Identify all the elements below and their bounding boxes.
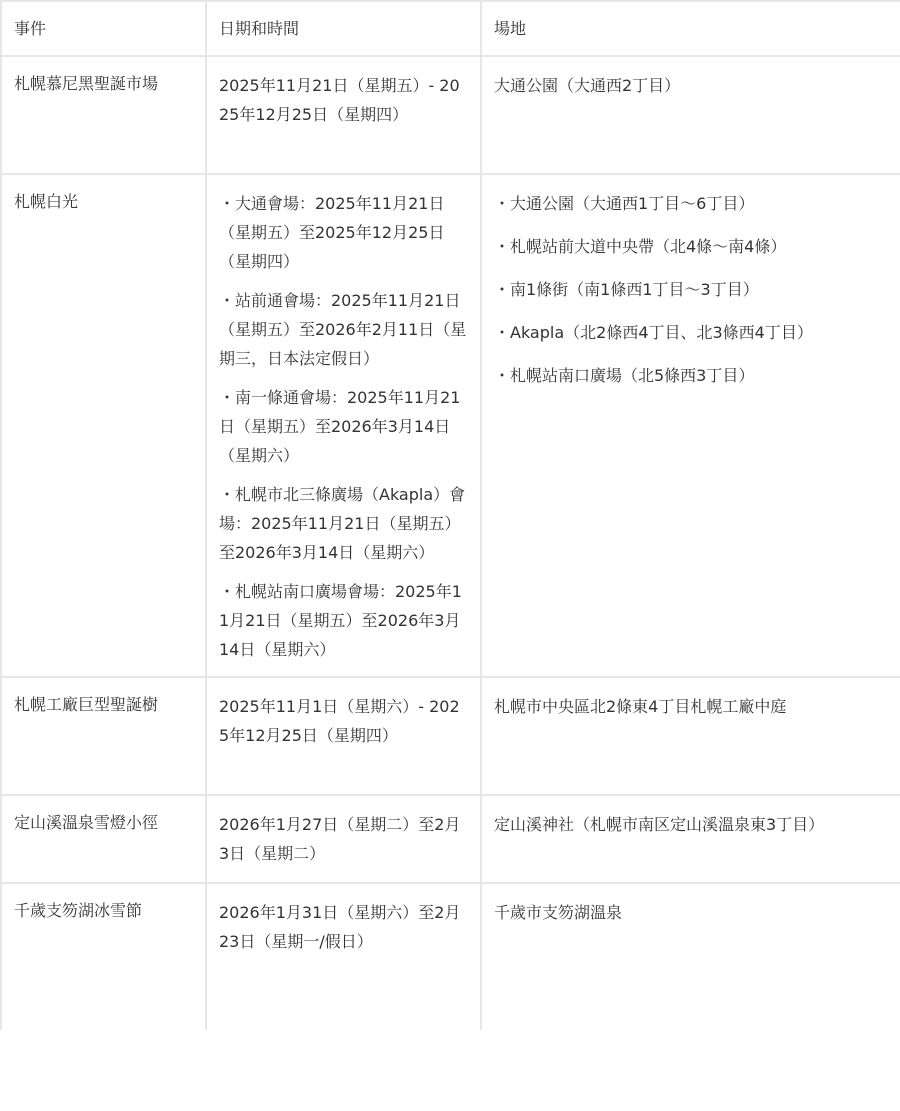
- event-name: 札幌工廠巨型聖誕樹: [1, 677, 206, 795]
- bullet-icon: ・: [494, 361, 510, 390]
- datetime-item: ・站前通會場：2025年11月21日（星期五）至2026年2月11日（星期三，日…: [219, 286, 468, 373]
- event-venue: 定山溪神社（札幌市南区定山溪溫泉東3丁目）: [481, 795, 900, 883]
- event-venue: 千歲市支笏湖溫泉: [481, 883, 900, 1030]
- bullet-icon: ・: [219, 577, 235, 606]
- event-venue: 大通公園（大通西2丁目）: [481, 56, 900, 174]
- datetime-text: 2025年11月1日（星期六）- 2025年12月25日（星期四）: [219, 692, 468, 750]
- table-row: 札幌工廠巨型聖誕樹 2025年11月1日（星期六）- 2025年12月25日（星…: [1, 677, 900, 795]
- table-row: 札幌慕尼黑聖誕市場 2025年11月21日（星期五）- 2025年12月25日（…: [1, 56, 900, 174]
- bullet-icon: ・: [219, 189, 235, 218]
- venue-item: ・Akapla（北2條西4丁目、北3條西4丁目）: [494, 318, 888, 347]
- datetime-item: ・札幌市北三條廣場（Akapla）會場：2025年11月21日（星期五）至202…: [219, 480, 468, 567]
- bullet-icon: ・: [494, 318, 510, 347]
- venue-text: 札幌市中央區北2條東4丁目札幌工廠中庭: [494, 692, 888, 721]
- datetime-item: ・札幌站南口廣場會場：2025年11月21日（星期五）至2026年3月14日（星…: [219, 577, 468, 664]
- bullet-icon: ・: [494, 232, 510, 261]
- datetime-text: 2026年1月31日（星期六）至2月23日（星期一/假日）: [219, 898, 468, 956]
- table-row: 定山溪溫泉雪燈小徑 2026年1月27日（星期二）至2月3日（星期二） 定山溪神…: [1, 795, 900, 883]
- venue-text: 定山溪神社（札幌市南区定山溪溫泉東3丁目）: [494, 810, 888, 839]
- header-venue: 場地: [481, 1, 900, 56]
- bullet-icon: ・: [494, 275, 510, 304]
- event-name: 札幌白光: [1, 174, 206, 677]
- event-datetime: 2026年1月31日（星期六）至2月23日（星期一/假日）: [206, 883, 481, 1030]
- venue-text: 千歲市支笏湖溫泉: [494, 898, 888, 927]
- events-table: 事件 日期和時間 場地 札幌慕尼黑聖誕市場 2025年11月21日（星期五）- …: [0, 0, 900, 1030]
- event-name: 札幌慕尼黑聖誕市場: [1, 56, 206, 174]
- event-datetime: 2025年11月21日（星期五）- 2025年12月25日（星期四）: [206, 56, 481, 174]
- venue-item: ・南1條街（南1條西1丁目～3丁目）: [494, 275, 888, 304]
- event-datetime: ・大通會場：2025年11月21日（星期五）至2025年12月25日（星期四） …: [206, 174, 481, 677]
- venue-item: ・大通公園（大通西1丁目～6丁目）: [494, 189, 888, 218]
- header-datetime: 日期和時間: [206, 1, 481, 56]
- header-event: 事件: [1, 1, 206, 56]
- event-venue: ・大通公園（大通西1丁目～6丁目） ・札幌站前大道中央帶（北4條～南4條） ・南…: [481, 174, 900, 677]
- event-datetime: 2025年11月1日（星期六）- 2025年12月25日（星期四）: [206, 677, 481, 795]
- datetime-text: 2026年1月27日（星期二）至2月3日（星期二）: [219, 810, 468, 868]
- event-name: 千歲支笏湖冰雪節: [1, 883, 206, 1030]
- event-name: 定山溪溫泉雪燈小徑: [1, 795, 206, 883]
- bullet-icon: ・: [219, 480, 235, 509]
- venue-text: 大通公園（大通西2丁目）: [494, 71, 888, 100]
- bullet-icon: ・: [219, 286, 235, 315]
- datetime-item: ・南一條通會場：2025年11月21日（星期五）至2026年3月14日（星期六）: [219, 383, 468, 470]
- table-row: 札幌白光 ・大通會場：2025年11月21日（星期五）至2025年12月25日（…: [1, 174, 900, 677]
- bullet-icon: ・: [494, 189, 510, 218]
- venue-item: ・札幌站前大道中央帶（北4條～南4條）: [494, 232, 888, 261]
- table-row: 千歲支笏湖冰雪節 2026年1月31日（星期六）至2月23日（星期一/假日） 千…: [1, 883, 900, 1030]
- event-venue: 札幌市中央區北2條東4丁目札幌工廠中庭: [481, 677, 900, 795]
- datetime-item: ・大通會場：2025年11月21日（星期五）至2025年12月25日（星期四）: [219, 189, 468, 276]
- venue-item: ・札幌站南口廣場（北5條西3丁目）: [494, 361, 888, 390]
- bullet-icon: ・: [219, 383, 235, 412]
- event-datetime: 2026年1月27日（星期二）至2月3日（星期二）: [206, 795, 481, 883]
- datetime-text: 2025年11月21日（星期五）- 2025年12月25日（星期四）: [219, 71, 468, 129]
- header-row: 事件 日期和時間 場地: [1, 1, 900, 56]
